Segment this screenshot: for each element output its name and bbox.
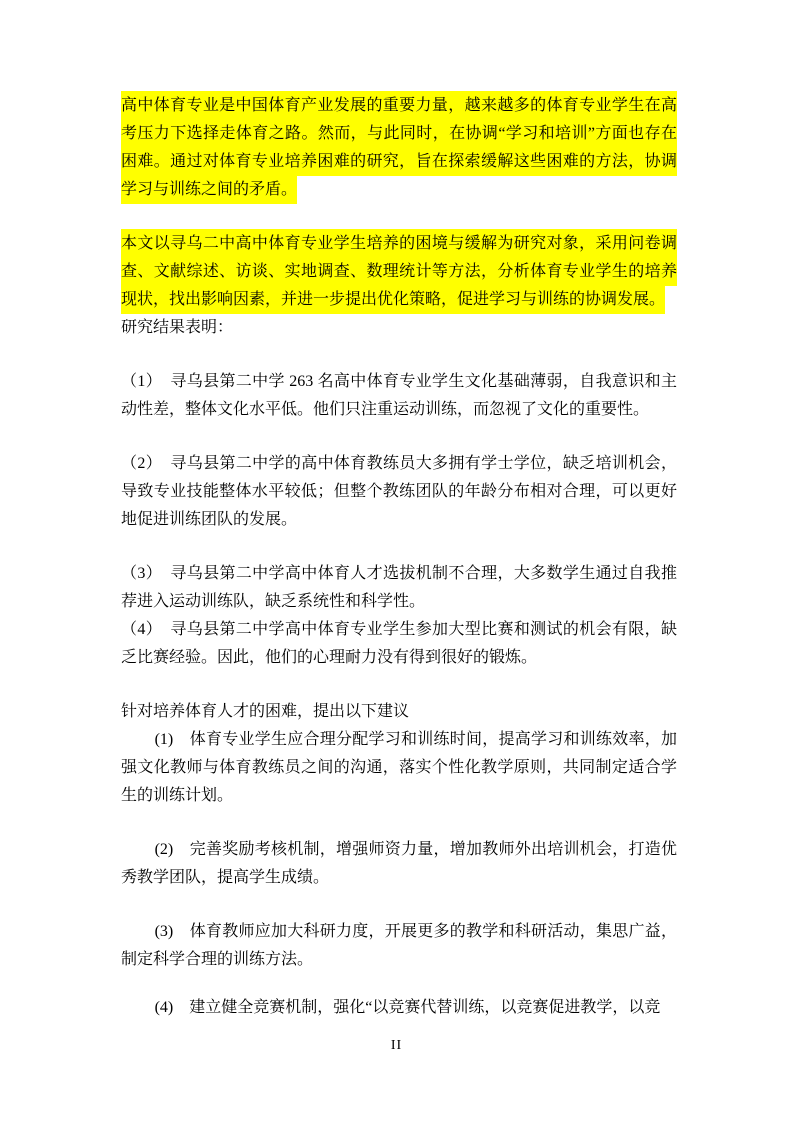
suggestion-item-4: (4) 建立健全竞赛机制，强化“以竞赛代替训练，以竞赛促进教学，以竞	[121, 994, 677, 1022]
finding-item-4: （4） 寻乌县第二中学高中体育专业学生参加大型比赛和测试的机会有限，缺乏比赛经验…	[121, 616, 677, 672]
suggestion-item-3: (3) 体育教师应加大科研力度，开展更多的教学和科研活动，集思广益，制定科学合理…	[121, 918, 677, 974]
suggestion-item-2: (2) 完善奖励考核机制，增强师资力量，增加教师外出培训机会，打造优秀教学团队，…	[121, 836, 677, 892]
finding-item-2: （2） 寻乌县第二中学的高中体育教练员大多拥有学士学位，缺乏培训机会，导致专业技…	[121, 450, 677, 534]
results-intro: 研究结果表明：	[121, 314, 677, 342]
highlighted-text-1: 高中体育专业是中国体育产业发展的重要力量，越来越多的体育专业学生在高考压力下选择…	[121, 91, 677, 204]
suggestion-item-1: (1) 体育专业学生应合理分配学习和训练时间，提高学习和训练效率，加强文化教师与…	[121, 726, 677, 810]
highlighted-text-2: 本文以寻乌二中高中体育专业学生培养的困境与缓解为研究对象，采用问卷调查、文献综述…	[121, 229, 677, 314]
page-number: II	[0, 1038, 793, 1054]
finding-item-3: （3） 寻乌县第二中学高中体育人才选拔机制不合理，大多数学生通过自我推荐进入运动…	[121, 560, 677, 616]
document-page: 高中体育专业是中国体育产业发展的重要力量，越来越多的体育专业学生在高考压力下选择…	[0, 0, 793, 1122]
suggestions-intro: 针对培养体育人才的困难，提出以下建议	[121, 698, 677, 726]
abstract-paragraph-2: 本文以寻乌二中高中体育专业学生培养的困境与缓解为研究对象，采用问卷调查、文献综述…	[121, 230, 677, 314]
finding-item-1: （1） 寻乌县第二中学 263 名高中体育专业学生文化基础薄弱，自我意识和主动性…	[121, 368, 677, 424]
abstract-content: 高中体育专业是中国体育产业发展的重要力量，越来越多的体育专业学生在高考压力下选择…	[121, 92, 677, 1022]
abstract-paragraph-1: 高中体育专业是中国体育产业发展的重要力量，越来越多的体育专业学生在高考压力下选择…	[121, 92, 677, 204]
